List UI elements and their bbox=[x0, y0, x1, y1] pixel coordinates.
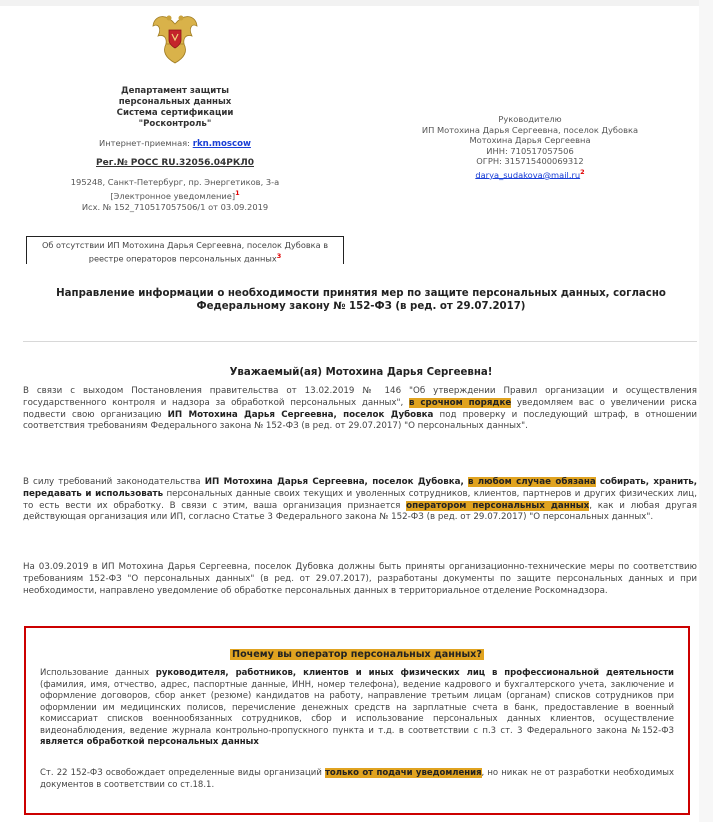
subject-box: Об отсутствии ИП Мотохина Дарья Сергеевн… bbox=[26, 236, 344, 264]
sender-address: 195248, Санкт-Петербург, пр. Энергетиков… bbox=[30, 177, 320, 188]
top-strip bbox=[0, 0, 713, 6]
scrollbar-track[interactable] bbox=[699, 0, 713, 822]
sender-dept-line: Система сертификации bbox=[30, 108, 320, 119]
footnote-marker[interactable]: 3 bbox=[277, 252, 282, 260]
alert-body-2: Ст. 22 152-ФЗ освобождает определенные в… bbox=[40, 768, 674, 792]
paragraph-3: На 03.09.2019 в ИП Мотохина Дарья Сергее… bbox=[23, 562, 697, 597]
reg-number: Рег.№ РОСС RU.32056.04РКЛ0 bbox=[30, 158, 320, 169]
recipient-email-link[interactable]: darya_sudakova@mail.ru bbox=[475, 169, 580, 179]
subject-text: Об отсутствии ИП Мотохина Дарья Сергеевн… bbox=[42, 240, 328, 264]
recipient-block: Руководителю ИП Мотохина Дарья Сергеевна… bbox=[385, 114, 675, 180]
double-headed-eagle-emblem-icon bbox=[150, 10, 200, 65]
sender-block: Департамент защиты персональных данных С… bbox=[30, 86, 320, 213]
reception-line: Интернет-приемная: rkn.moscow bbox=[30, 138, 320, 150]
recipient-inn: ИНН: 710517057506 bbox=[385, 146, 675, 157]
divider bbox=[23, 341, 697, 342]
recipient-email-line: darya_sudakova@mail.ru2 bbox=[385, 167, 675, 180]
recipient-name: Мотохина Дарья Сергеевна bbox=[385, 135, 675, 146]
sender-dept-line: "Росконтроль" bbox=[30, 119, 320, 130]
outgoing-number: Исх. № 152_710517057506/1 от 03.09.2019 bbox=[30, 202, 320, 213]
letter-page: Департамент защиты персональных данных С… bbox=[0, 0, 713, 822]
reception-link[interactable]: rkn.moscow bbox=[193, 139, 251, 149]
footnote-marker[interactable]: 2 bbox=[580, 168, 585, 176]
greeting: Уважаемый(ая) Мотохина Дарья Сергеевна! bbox=[26, 367, 696, 378]
paragraph-1: В связи с выходом Постановления правител… bbox=[23, 386, 697, 433]
highlight: в любом случае обязана bbox=[468, 477, 596, 487]
highlight: оператором персональных данных bbox=[406, 501, 589, 511]
recipient-org: ИП Мотохина Дарья Сергеевна, поселок Дуб… bbox=[385, 125, 675, 136]
sender-dept-line: Департамент защиты bbox=[30, 86, 320, 97]
notice-type: [Электронное уведомление]1 bbox=[30, 188, 320, 202]
reception-label: Интернет-приемная: bbox=[99, 138, 190, 148]
paragraph-2: В силу требований законодательства ИП Мо… bbox=[23, 477, 697, 524]
document-title: Направление информации о необходимости п… bbox=[26, 287, 696, 313]
recipient-role: Руководителю bbox=[385, 114, 675, 125]
highlight: только от подачи уведомления bbox=[325, 768, 482, 778]
highlight: в срочном порядке bbox=[409, 398, 511, 408]
recipient-ogrn: ОГРН: 315715400069312 bbox=[385, 156, 675, 167]
footnote-marker[interactable]: 1 bbox=[235, 189, 240, 197]
sender-dept-line: персональных данных bbox=[30, 97, 320, 108]
alert-body: Использование данных руководителя, работ… bbox=[40, 668, 674, 749]
operator-alert-box: Почему вы оператор персональных данных? … bbox=[24, 626, 690, 815]
alert-title: Почему вы оператор персональных данных? bbox=[26, 649, 688, 660]
